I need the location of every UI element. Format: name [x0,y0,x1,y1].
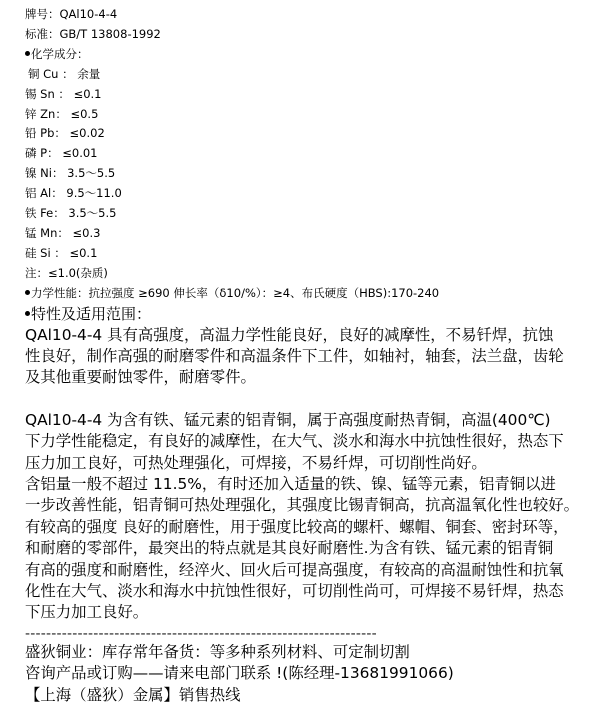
bullet-icon [25,311,30,316]
company-stock-line: 盛狄铜业：库存常年备货：等多种系列材料、可定制切割 [25,642,603,663]
composition-item-zn: 锌 Zn： ≤0.5 [25,105,603,125]
usage-heading: 特性及适用范围： [25,304,603,325]
grade-value: QAl10-4-4 [60,7,118,21]
sales-hotline-line: 【上海（盛狄）金属】销售热线 [25,685,603,706]
composition-item-si: 硅 Si ： ≤0.1 [25,244,603,264]
bullet-icon [25,290,30,295]
paragraph-1: QAl10-4-4 具有高强度，高温力学性能良好，良好的减摩性，不易钎焊，抗蚀 … [25,325,585,389]
bullet-icon [25,51,30,56]
grade-line: 牌号：QAl10-4-4 [25,5,603,25]
composition-item-al: 铝 Al： 9.5～11.0 [25,184,603,204]
standard-value: GB/T 13808-1992 [60,27,161,41]
grade-label: 牌号： [25,7,60,21]
mechanical-properties: 力学性能：抗拉强度 ≥690 伸长率（δ10/%）：≥4、布氏硬度（HBS):1… [25,284,603,304]
contact-block: 盛狄铜业：库存常年备货：等多种系列材料、可定制切割 咨询产品或订购——请来电部门… [25,642,603,706]
standard-label: 标准： [25,27,60,41]
inquiry-phone-line: 咨询产品或订购——请来电部门联系 !(陈经理-13681991066) [25,663,603,684]
composition-item-fe: 铁 Fe： 3.5～5.5 [25,204,603,224]
composition-item-ni: 镍 Ni： 3.5～5.5 [25,164,603,184]
divider-line: ----------------------------------------… [25,626,545,642]
standard-line: 标准：GB/T 13808-1992 [25,25,603,45]
composition-item-mn: 锰 Mn： ≤0.3 [25,224,603,244]
document-page: 牌号：QAl10-4-4 标准：GB/T 13808-1992 化学成分： 铜 … [0,0,603,706]
composition-item-cu: 铜 Cu ： 余量 [25,65,603,85]
spec-block: 牌号：QAl10-4-4 标准：GB/T 13808-1992 化学成分： 铜 … [25,0,603,304]
composition-item-pb: 铅 Pb： ≤0.02 [25,124,603,144]
impurity-note: 注：≤1.0(杂质) [25,264,603,284]
paragraph-2: QAl10-4-4 为含有铁、锰元素的铝青铜，属于高强度耐热青铜，高温(400℃… [25,410,585,624]
composition-item-sn: 锡 Sn ： ≤0.1 [25,85,603,105]
composition-heading: 化学成分： [25,45,603,65]
composition-item-p: 磷 P： ≤0.01 [25,144,603,164]
